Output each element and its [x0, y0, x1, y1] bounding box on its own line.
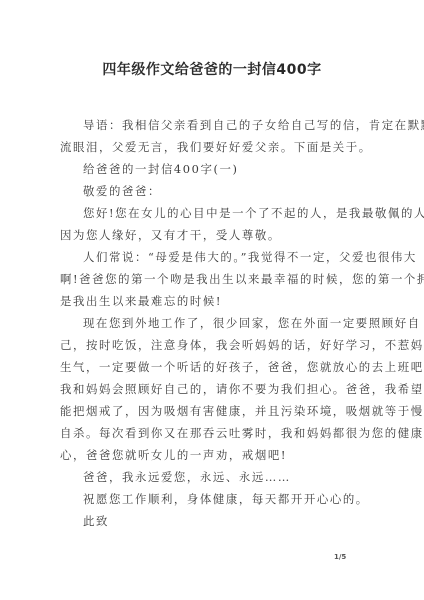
- paragraph-line: 我和妈妈会照顾好自己的，请你不要为我们担心。爸爸，我希望您: [60, 378, 362, 400]
- paragraph-line: 能把烟戒了，因为吸烟有害健康，并且污染环境，吸烟就等于慢性: [60, 400, 362, 422]
- page-number: 1/5: [334, 553, 346, 561]
- paragraph-line: 您好!您在女儿的心目中是一个了不起的人，是我最敬佩的人，: [60, 202, 362, 224]
- paragraph-line: 因为您人缘好，又有才干，受人尊敬。: [60, 224, 362, 246]
- paragraph-line: 爸爸，我永远爱您，永远、永远……: [60, 466, 362, 488]
- paragraph-line: 给爸爸的一封信400字(一): [60, 158, 362, 180]
- paragraph-line: 人们常说：“母爱是伟大的。”我觉得不一定，父爱也很伟大: [60, 246, 362, 268]
- document-page: 四年级作文给爸爸的一封信400字 导语：我相信父亲看到自己的子女给自己写的信，肯…: [0, 0, 424, 600]
- paragraph-line: 是我出生以来最难忘的时候!: [60, 290, 362, 312]
- paragraph-line: 流眼泪，父爱无言，我们要好好爱父亲。下面是关于。: [60, 136, 362, 158]
- closing-line: 此致: [60, 510, 362, 532]
- paragraph-line: 自杀。每次看到你又在那吞云吐雾时，我和妈妈都很为您的健康担: [60, 422, 362, 444]
- paragraph-line: 心，爸爸您就听女儿的一声劝，戒烟吧!: [60, 444, 362, 466]
- paragraph-line: 现在您到外地工作了，很少回家，您在外面一定要照顾好自: [60, 312, 362, 334]
- paragraph-line: 敬爱的爸爸：: [60, 180, 362, 202]
- document-body: 导语：我相信父亲看到自己的子女给自己写的信，肯定在默默 流眼泪，父爱无言，我们要…: [60, 114, 362, 532]
- paragraph-line: 己，按时吃饭，注意身体，我会听妈妈的话，好好学习，不惹妈妈: [60, 334, 362, 356]
- document-title: 四年级作文给爸爸的一封信400字: [0, 61, 424, 79]
- paragraph-line: 生气，一定要做一个听话的好孩子，爸爸，您就放心的去上班吧，: [60, 356, 362, 378]
- paragraph-line: 啊!爸爸您的第一个吻是我出生以来最幸福的时候，您的第一个拥抱: [60, 268, 362, 290]
- paragraph-line: 祝愿您工作顺利，身体健康，每天都开开心心的。: [60, 488, 362, 510]
- paragraph-line: 导语：我相信父亲看到自己的子女给自己写的信，肯定在默默: [60, 114, 362, 136]
